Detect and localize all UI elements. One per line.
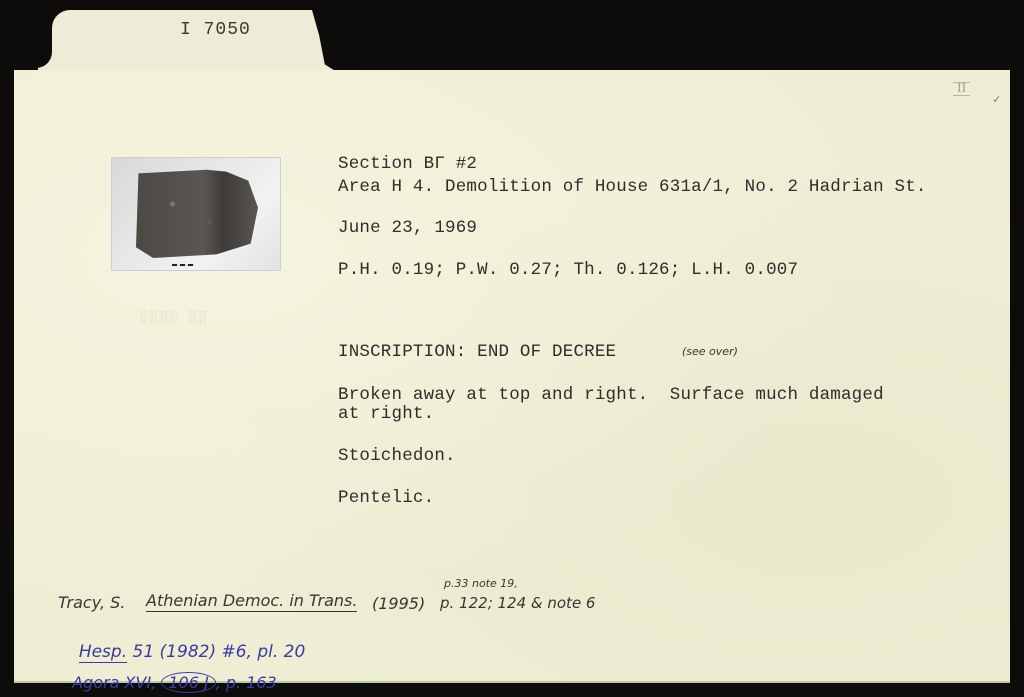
ref3-citation: Agora XVI, 106 J, p. 163	[62, 653, 277, 693]
ref3-circled-number: 106 J	[161, 672, 215, 693]
date-line: June 23, 1969	[338, 218, 477, 238]
style-line: Stoichedon.	[338, 446, 456, 466]
ref3-prefix: Agora XVI,	[72, 673, 161, 692]
see-over-note: (see over)	[682, 345, 738, 358]
stone-fragment-image	[136, 168, 258, 258]
ref1-pages-top: p.33 note 19,	[444, 577, 518, 590]
scale-bar-icon	[172, 264, 194, 266]
ref1-author: Tracy, S.	[58, 593, 125, 612]
material-line: Pentelic.	[338, 488, 434, 508]
dimensions-line: P.H. 0.19; P.W. 0.27; Th. 0.126; L.H. 0.…	[338, 260, 798, 280]
faint-stamp: ░░░░ ░░	[140, 310, 209, 325]
description-line-2: at right.	[338, 404, 434, 424]
area-line: Area H 4. Demolition of House 631a/1, No…	[338, 177, 927, 197]
card-tab-curve-right	[300, 10, 340, 74]
inventory-number: I 7050	[180, 20, 251, 40]
corner-mark: II	[953, 82, 970, 96]
inscription-label: INSCRIPTION: END OF DECREE	[338, 342, 616, 362]
section-line: Section BΓ #2	[338, 154, 477, 174]
ref3-suffix: , p. 163	[216, 673, 277, 692]
ref1-title: Athenian Democ. in Trans.	[146, 591, 357, 612]
ref1-pages: p. 122; 124 & note 6	[440, 594, 595, 612]
check-mark-icon: ✓	[993, 92, 1000, 107]
description-line-1: Broken away at top and right. Surface mu…	[338, 385, 884, 405]
ref1-year: (1995)	[372, 594, 425, 613]
object-photo	[111, 157, 281, 271]
